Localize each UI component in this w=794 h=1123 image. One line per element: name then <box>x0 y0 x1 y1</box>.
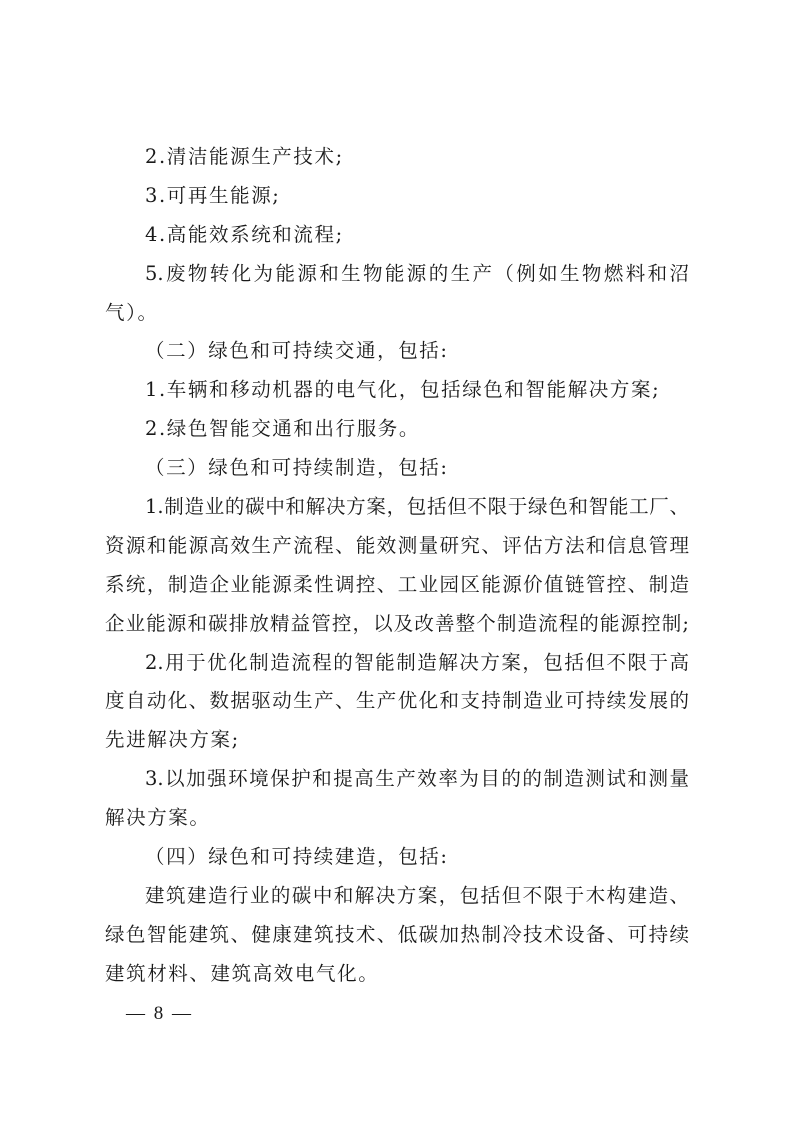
list-item-vehicle-electrification: 1.车辆和移动机器的电气化，包括绿色和智能解决方案; <box>105 371 689 410</box>
section-heading-transport: （二）绿色和可持续交通，包括: <box>105 332 689 371</box>
paragraph-line: 度自动化、数据驱动生产、生产优化和支持制造业可持续发展的 <box>105 682 689 721</box>
paragraph-line: 1.制造业的碳中和解决方案，包括但不限于绿色和智能工厂、 <box>105 488 689 527</box>
paragraph-line: 3.以加强环境保护和提高生产效率为目的的制造测试和测量 <box>105 760 689 799</box>
list-item-renewable-energy: 3.可再生能源; <box>105 177 689 216</box>
section-heading-construction: （四）绿色和可持续建造，包括: <box>105 838 689 877</box>
paragraph-line: 建筑材料、建筑高效电气化。 <box>105 955 689 994</box>
list-item-smart-transport: 2.绿色智能交通和出行服务。 <box>105 410 689 449</box>
paragraph-line: 解决方案。 <box>105 799 689 838</box>
page-number: — 8 — <box>126 1003 193 1025</box>
section-heading-manufacturing: （三）绿色和可持续制造，包括: <box>105 449 689 488</box>
list-item-efficient-systems: 4.高能效系统和流程; <box>105 216 689 255</box>
list-item-clean-energy: 2.清洁能源生产技术; <box>105 138 689 177</box>
paragraph-line: 系统，制造企业能源柔性调控、工业园区能源价值链管控、制造 <box>105 566 689 605</box>
paragraph-line: 资源和能源高效生产流程、能效测量研究、评估方法和信息管理 <box>105 527 689 566</box>
list-item-waste-to-energy: 5.废物转化为能源和生物能源的生产（例如生物燃料和沼 <box>105 255 689 294</box>
document-body: 2.清洁能源生产技术; 3.可再生能源; 4.高能效系统和流程; 5.废物转化为… <box>105 138 689 994</box>
paragraph-line: 2.用于优化制造流程的智能制造解决方案，包括但不限于高 <box>105 644 689 683</box>
paragraph-line: 企业能源和碳排放精益管控，以及改善整个制造流程的能源控制; <box>105 605 689 644</box>
paragraph-line: 先进解决方案; <box>105 721 689 760</box>
paragraph-line: 建筑建造行业的碳中和解决方案，包括但不限于木构建造、 <box>105 877 689 916</box>
paragraph-line: 绿色智能建筑、健康建筑技术、低碳加热制冷技术设备、可持续 <box>105 916 689 955</box>
list-item-waste-to-energy-cont: 气）。 <box>105 294 689 333</box>
